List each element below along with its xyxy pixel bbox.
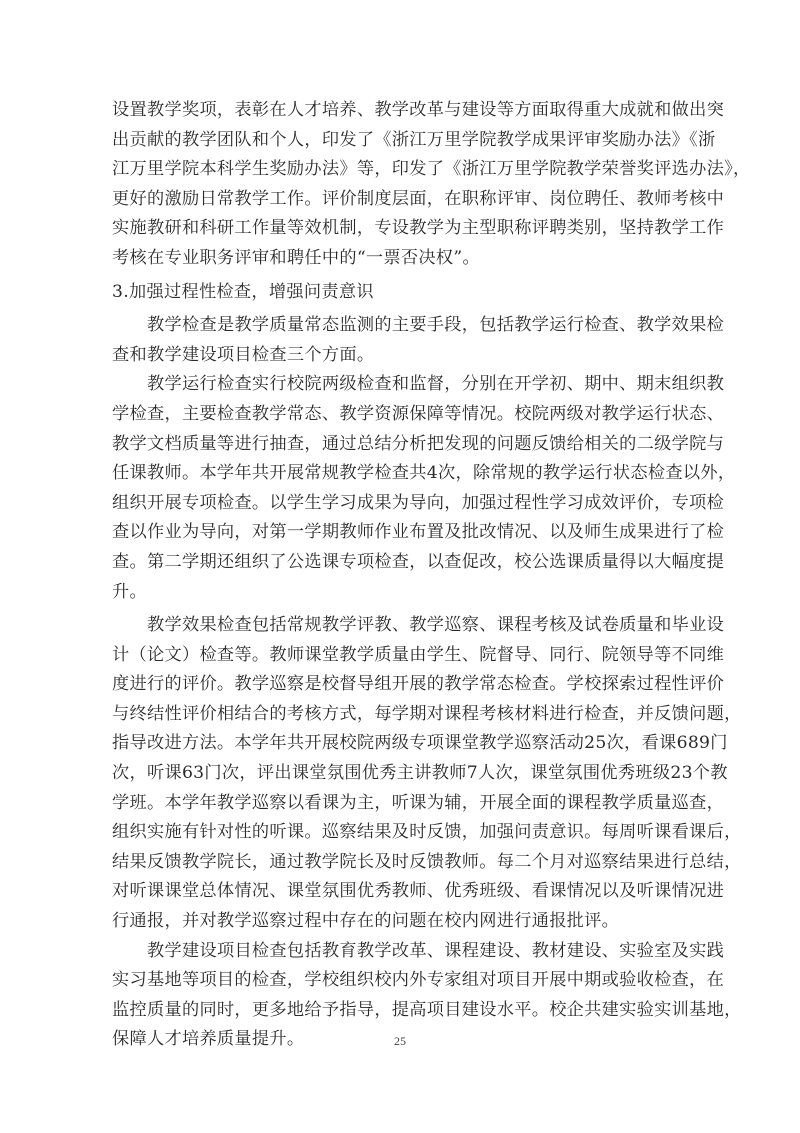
section-heading: 3.加强过程性检查，增强问责意识 bbox=[112, 278, 692, 308]
text-line: 次，听课63门次，评出课堂氛围优秀主讲教师7人次，课堂氛围优秀班级23个教 bbox=[112, 759, 692, 789]
paragraph-award-policy: 设置教学奖项，表彰在人才培养、教学改革与建设等方面取得重大成就和做出突 出贡献的… bbox=[112, 96, 692, 274]
text-line: 教学建设项目检查包括教育教学改革、课程建设、教材建设、实验室及实践 bbox=[112, 937, 692, 967]
text-line: 行通报，并对教学巡察过程中存在的问题在校内网进行通报批评。 bbox=[112, 907, 692, 937]
paragraph-inspection-intro: 教学检查是教学质量常态监测的主要手段，包括教学运行检查、教学效果检 查和教学建设… bbox=[112, 311, 692, 370]
text-line: 度进行的评价。教学巡察是校督导组开展的教学常态检查。学校探索过程性评价 bbox=[112, 670, 692, 700]
text-line: 教学文档质量等进行抽查，通过总结分析把发现的问题反馈给相关的二级学院与 bbox=[112, 430, 692, 460]
text-line: 计（论文）检查等。教师课堂教学质量由学生、院督导、同行、院领导等不同维 bbox=[112, 641, 692, 671]
text-line: 任课教师。本学年共开展常规教学检查共4次，除常规的教学运行状态检查以外， bbox=[112, 459, 692, 489]
text-line: 对听课课堂总体情况、课堂氛围优秀教师、优秀班级、看课情况以及听课情况进 bbox=[112, 877, 692, 907]
paragraph-operation-inspection: 教学运行检查实行校院两级检查和监督，分别在开学初、期中、期末组织教 学检查，主要… bbox=[112, 370, 692, 607]
text-line: 查和教学建设项目检查三个方面。 bbox=[112, 341, 692, 371]
text-line: 设置教学奖项，表彰在人才培养、教学改革与建设等方面取得重大成就和做出突 bbox=[112, 96, 692, 126]
text-line: 更好的激励日常教学工作。评价制度层面，在职称评审、岗位聘任、教师考核中 bbox=[112, 185, 692, 215]
text-line: 教学检查是教学质量常态监测的主要手段，包括教学运行检查、教学效果检 bbox=[112, 311, 692, 341]
text-line: 学检查，主要检查教学常态、教学资源保障等情况。校院两级对教学运行状态、 bbox=[112, 400, 692, 430]
text-line: 出贡献的教学团队和个人，印发了《浙江万里学院教学成果评审奖励办法》《浙 bbox=[112, 126, 692, 156]
text-line: 考核在专业职务评审和聘任中的“一票否决权”。 bbox=[112, 244, 692, 274]
text-line: 教学运行检查实行校院两级检查和监督，分别在开学初、期中、期末组织教 bbox=[112, 370, 692, 400]
text-line: 教学效果检查包括常规教学评教、教学巡察、课程考核及试卷质量和毕业设 bbox=[112, 611, 692, 641]
text-line: 监控质量的同时，更多地给予指导，提高项目建设水平。校企共建实验实训基地， bbox=[112, 996, 692, 1026]
page-number: 25 bbox=[0, 1034, 800, 1049]
text-line: 实施教研和科研工作量等效机制，专设教学为主型职称评聘类别，坚持教学工作 bbox=[112, 214, 692, 244]
text-line: 指导改进方法。本学年共开展校院两级专项课堂教学巡察活动25次，看课689门 bbox=[112, 729, 692, 759]
text-line: 实习基地等项目的检查，学校组织校内外专家组对项目开展中期或验收检查，在 bbox=[112, 966, 692, 996]
paragraph-effect-inspection: 教学效果检查包括常规教学评教、教学巡察、课程考核及试卷质量和毕业设 计（论文）检… bbox=[112, 611, 692, 937]
text-line: 查以作业为导向，对第一学期教师作业布置及批改情况、以及师生成果进行了检 bbox=[112, 518, 692, 548]
text-line: 与终结性评价相结合的考核方式，每学期对课程考核材料进行检查，并反馈问题， bbox=[112, 700, 692, 730]
text-line: 结果反馈教学院长，通过教学院长及时反馈教师。每二个月对巡察结果进行总结， bbox=[112, 848, 692, 878]
document-body: 设置教学奖项，表彰在人才培养、教学改革与建设等方面取得重大成就和做出突 出贡献的… bbox=[112, 96, 692, 1055]
text-line: 组织实施有针对性的听课。巡察结果及时反馈，加强问责意识。每周听课看课后， bbox=[112, 818, 692, 848]
text-line: 组织开展专项检查。以学生学习成果为导向，加强过程性学习成效评价，专项检 bbox=[112, 489, 692, 519]
text-line: 升。 bbox=[112, 578, 692, 608]
text-line: 江万里学院本科学生奖励办法》等，印发了《浙江万里学院教学荣誉奖评选办法》， bbox=[112, 155, 692, 185]
text-line: 查。第二学期还组织了公选课专项检查，以查促改，校公选课质量得以大幅度提 bbox=[112, 548, 692, 578]
text-line: 学班。本学年教学巡察以看课为主，听课为辅，开展全面的课程教学质量巡查， bbox=[112, 789, 692, 819]
